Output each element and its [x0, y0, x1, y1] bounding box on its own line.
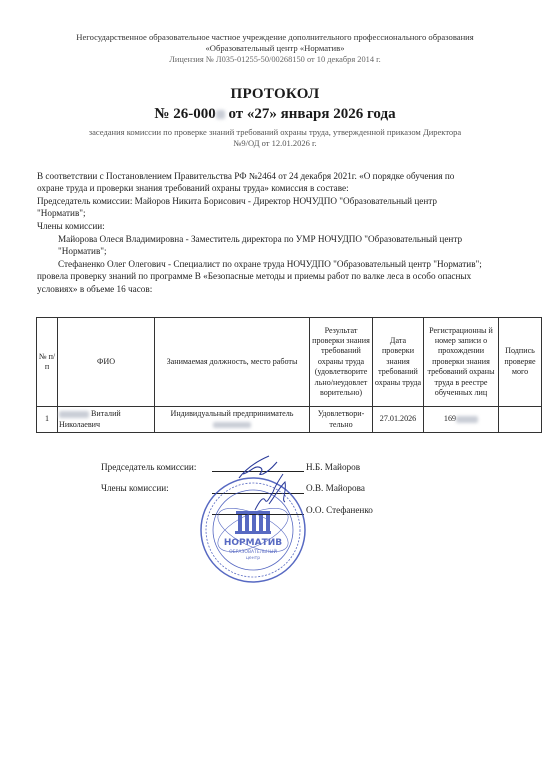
- handwritten-signatures-icon: [225, 452, 315, 522]
- para1-line1: В соответствии с Постановлением Правител…: [37, 170, 542, 183]
- redacted-reg-number: [456, 416, 478, 423]
- program-line1: провела проверку знаний по программе В «…: [37, 270, 542, 283]
- header-date: Дата проверки знания требований охраны т…: [373, 318, 424, 407]
- table-header-row: № п/п ФИО Занимаемая должность, место ра…: [37, 318, 542, 407]
- protocol-number: № 26-000 от «27» января 2026 года: [0, 106, 550, 123]
- cell-result: Удовлетвори-тельно: [310, 407, 373, 433]
- svg-text:центр: центр: [246, 556, 260, 561]
- sig-member2-name: О.О. Стефаненко: [306, 505, 373, 515]
- program-line2: условиях» в объеме 16 часов:: [37, 283, 542, 296]
- cell-position: Индивидуальный предприниматель: [155, 407, 310, 433]
- cell-date: 27.01.2026: [373, 407, 424, 433]
- table-row: 1 Виталий Николаевич Индивидуальный пред…: [37, 407, 542, 433]
- redacted-number: [216, 110, 225, 119]
- cell-signature: [499, 407, 542, 433]
- protocol-heading: ПРОТОКОЛ: [0, 86, 550, 103]
- header-fio: ФИО: [58, 318, 155, 407]
- org-name-line2: «Образовательный центр «Норматив»: [0, 43, 550, 55]
- chair-line1: Председатель комиссии: Майоров Никита Бо…: [37, 195, 542, 208]
- header-signature: Подпись проверяе мого: [499, 318, 542, 407]
- protocol-number-prefix: № 26-000: [154, 106, 215, 122]
- results-table: № п/п ФИО Занимаемая должность, место ра…: [36, 317, 542, 433]
- sig-members-label: Члены комиссии:: [101, 483, 169, 493]
- header-position: Занимаемая должность, место работы: [155, 318, 310, 407]
- cell-reg-number: 169: [424, 407, 499, 433]
- license-line: Лицензия № Л035-01255-50/00268150 от 10 …: [0, 55, 550, 64]
- cell-fio: Виталий Николаевич: [58, 407, 155, 433]
- header-num: № п/п: [37, 318, 58, 407]
- protocol-date: от «27» января 2026 года: [225, 106, 396, 122]
- member1-line1: Майорова Олеся Владимировна - Заместител…: [58, 233, 550, 246]
- member2-line1: Стефаненко Олег Олегович - Специалист по…: [58, 258, 550, 271]
- members-label: Члены комиссии:: [37, 220, 542, 233]
- header-reg-number: Регистрационны й номер записи о прохожде…: [424, 318, 499, 407]
- meeting-line1: заседания комиссии по проверке знаний тр…: [0, 127, 550, 139]
- cell-reg-prefix: 169: [444, 414, 456, 423]
- header-result: Результат проверки знания требований охр…: [310, 318, 373, 407]
- redacted-surname: [59, 411, 89, 418]
- member1-line2: "Норматив";: [58, 245, 550, 258]
- redacted-ip-name: [213, 422, 251, 428]
- sig-chair-label: Председатель комиссии:: [101, 462, 196, 472]
- para1-line2: охране труда и проверки знания требовани…: [37, 182, 542, 195]
- meeting-line2: №9/ОД от 12.01.2026 г.: [0, 138, 550, 150]
- org-name-line1: Негосударственное образовательное частно…: [0, 32, 550, 44]
- svg-text:ОБРАЗОВАТЕЛЬНЫЙ: ОБРАЗОВАТЕЛЬНЫЙ: [229, 548, 277, 555]
- stamp-main-text: НОРМАТИВ: [224, 538, 282, 548]
- cell-num: 1: [37, 407, 58, 433]
- cell-position-text: Индивидуальный предприниматель: [156, 409, 308, 419]
- chair-line2: "Норматив";: [37, 207, 542, 220]
